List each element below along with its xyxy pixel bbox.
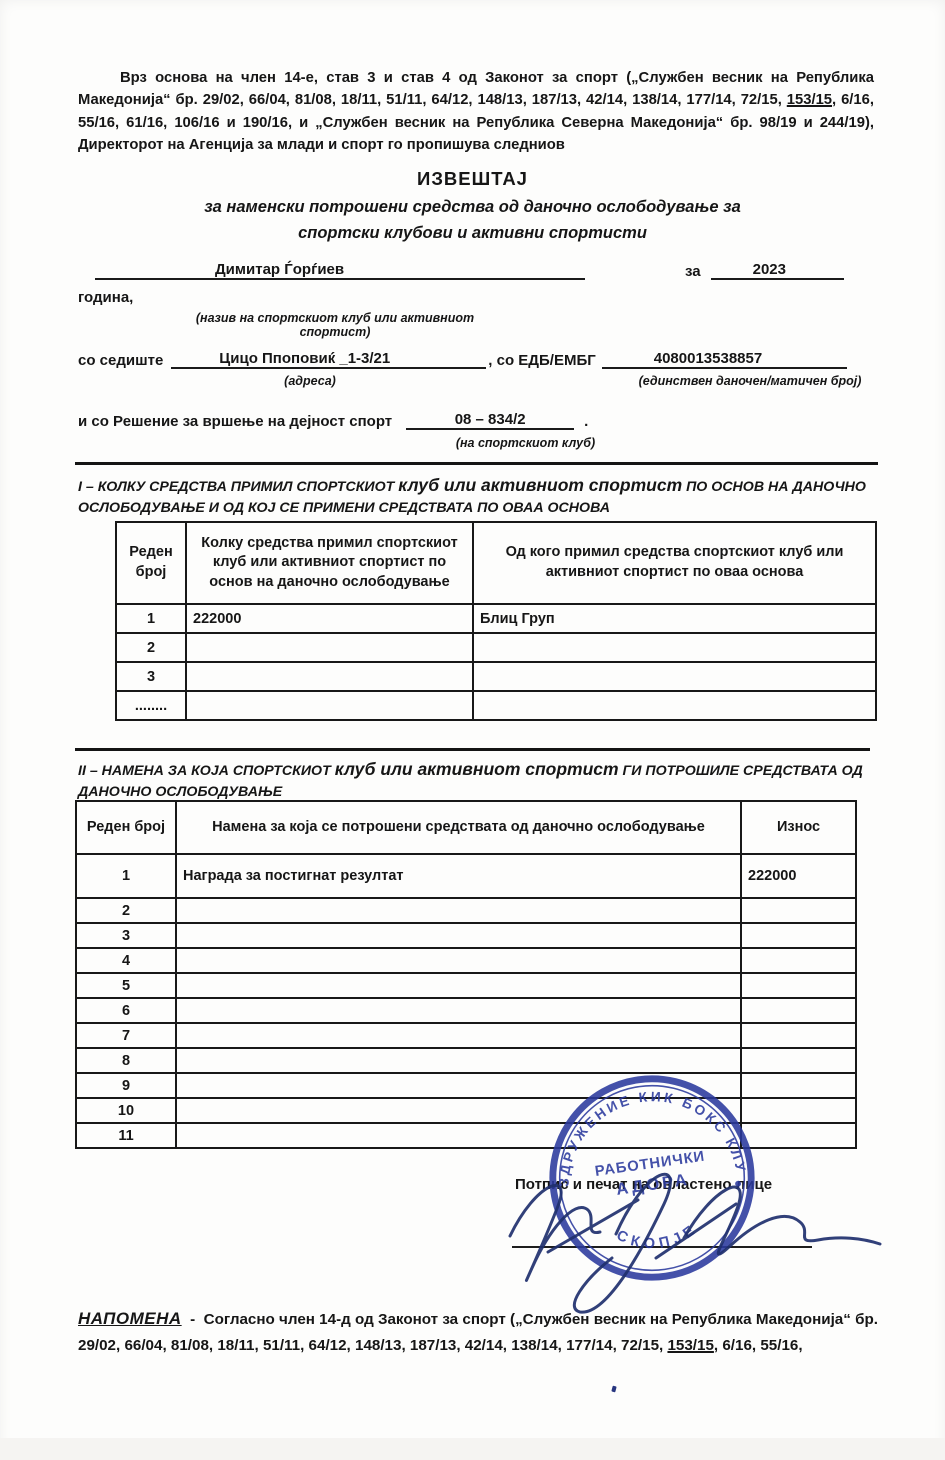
note-part2: , 6/16, 55/16, bbox=[714, 1337, 803, 1354]
seat-edb-line: со седиште Цицо Ппоповиќ _1-3/21 , со ЕД… bbox=[78, 350, 847, 369]
decision-label: и со Решение за вршење на дејност спорт bbox=[78, 413, 392, 430]
amount-cell bbox=[186, 662, 473, 691]
legal-basis-underlined-ref: 153/15 bbox=[787, 92, 832, 108]
section-2-prefix: II – НАМЕНА ЗА КОЈА СПОРТСКИОТ bbox=[78, 763, 335, 779]
note-label: НАПОМЕНА bbox=[78, 1309, 182, 1328]
report-subtitle-line2: спортски клубови и активни спортисти bbox=[0, 220, 945, 246]
legal-basis-part1: Врз основа на член 14-е, став 3 и став 4… bbox=[78, 70, 874, 108]
report-subtitle: за наменски потрошени средства од даночн… bbox=[0, 194, 945, 247]
row-number-cell: 1 bbox=[116, 604, 186, 633]
row-number-cell: 8 bbox=[76, 1048, 176, 1073]
row-number-cell: 1 bbox=[76, 854, 176, 898]
received-funds-table: Реден број Колку средства примил спортск… bbox=[115, 521, 877, 721]
amount-cell: 222000 bbox=[741, 854, 856, 898]
section-1-heading: I – КОЛКУ СРЕДСТВА ПРИМИЛ СПОРТСКИОТ клу… bbox=[78, 473, 878, 519]
seat-label: со седиште bbox=[78, 352, 163, 369]
section-1-emphasis: клуб или активниот спортист bbox=[398, 475, 682, 495]
edb-field: 4080013538857 bbox=[602, 350, 847, 369]
report-title: ИЗВЕШТАЈ bbox=[0, 168, 945, 190]
row-number-cell: 3 bbox=[116, 662, 186, 691]
row-number-cell: 4 bbox=[76, 948, 176, 973]
section-1-prefix: I – КОЛКУ СРЕДСТВА ПРИМИЛ СПОРТСКИОТ bbox=[78, 479, 398, 495]
decision-period: . bbox=[584, 413, 588, 430]
table-row: 7 bbox=[76, 1023, 856, 1048]
edb-label: , со ЕДБ/ЕМБГ bbox=[488, 352, 595, 369]
legal-basis-paragraph: Врз основа на член 14-е, став 3 и став 4… bbox=[78, 67, 874, 157]
scanned-form-page: Врз основа на член 14-е, став 3 и став 4… bbox=[0, 0, 945, 1460]
decision-line: и со Решение за вршење на дејност спорт … bbox=[78, 411, 588, 430]
decision-caption: (на спортскиот клуб) bbox=[438, 436, 613, 450]
table-row: 1 Награда за постигнат резултат 222000 bbox=[76, 854, 856, 898]
report-title-block: ИЗВЕШТАЈ за наменски потрошени средства … bbox=[0, 168, 945, 247]
purpose-cell bbox=[176, 1023, 741, 1048]
club-name-year-line: Димитар Ѓорѓиев за 2023 bbox=[95, 261, 844, 280]
amount-cell bbox=[186, 691, 473, 720]
amount-cell: 222000 bbox=[186, 604, 473, 633]
row-number-cell: ........ bbox=[116, 691, 186, 720]
report-subtitle-line1: за наменски потрошени средства од даночн… bbox=[0, 194, 945, 220]
column-header: Реден број bbox=[76, 801, 176, 854]
table-row: 3 bbox=[116, 662, 876, 691]
amount-cell bbox=[186, 633, 473, 662]
note-dash: - bbox=[190, 1311, 195, 1328]
table-row: 4 bbox=[76, 948, 856, 973]
year-field: 2023 bbox=[711, 261, 844, 280]
row-number-cell: 9 bbox=[76, 1073, 176, 1098]
table-row: 3 bbox=[76, 923, 856, 948]
stray-ink-mark bbox=[611, 1386, 616, 1393]
purpose-cell bbox=[176, 923, 741, 948]
amount-cell bbox=[741, 998, 856, 1023]
source-cell bbox=[473, 662, 876, 691]
table-row: 2 bbox=[116, 633, 876, 662]
row-number-cell: 3 bbox=[76, 923, 176, 948]
purpose-cell bbox=[176, 898, 741, 923]
table-row: 2 bbox=[76, 898, 856, 923]
address-field: Цицо Ппоповиќ _1-3/21 bbox=[171, 350, 486, 369]
spending-header-row: Реден број Намена за која се потрошени с… bbox=[76, 801, 856, 854]
club-name-field: Димитар Ѓорѓиев bbox=[95, 261, 585, 280]
section-2-emphasis: клуб или активниот спортист bbox=[335, 759, 619, 779]
club-name-caption: (назив на спортскиот клуб или активниот … bbox=[170, 311, 500, 339]
edb-caption: (единствен даночен/матичен број) bbox=[620, 374, 880, 388]
row-number-cell: 11 bbox=[76, 1123, 176, 1148]
for-label: за bbox=[685, 263, 701, 280]
amount-cell bbox=[741, 898, 856, 923]
table-row: 1 222000 Блиц Груп bbox=[116, 604, 876, 633]
purpose-cell bbox=[176, 973, 741, 998]
amount-cell bbox=[741, 973, 856, 998]
source-cell: Блиц Груп bbox=[473, 604, 876, 633]
column-header: Износ bbox=[741, 801, 856, 854]
amount-cell bbox=[741, 923, 856, 948]
note-paragraph: НАПОМЕНА - Согласно член 14-д од Законот… bbox=[78, 1305, 878, 1358]
row-number-cell: 2 bbox=[76, 898, 176, 923]
row-number-cell: 6 bbox=[76, 998, 176, 1023]
section-2-heading: II – НАМЕНА ЗА КОЈА СПОРТСКИОТ клуб или … bbox=[78, 757, 878, 803]
amount-cell bbox=[741, 948, 856, 973]
column-header: Намена за која се потрошени средствата о… bbox=[176, 801, 741, 854]
purpose-cell bbox=[176, 948, 741, 973]
source-cell bbox=[473, 633, 876, 662]
row-number-cell: 2 bbox=[116, 633, 186, 662]
row-number-cell: 10 bbox=[76, 1098, 176, 1123]
row-number-cell: 7 bbox=[76, 1023, 176, 1048]
note-underlined-ref: 153/15 bbox=[667, 1337, 713, 1354]
column-header: Колку средства примил спортскиот клуб ил… bbox=[186, 522, 473, 604]
decision-number-field: 08 – 834/2 bbox=[406, 411, 574, 430]
table-row: 5 bbox=[76, 973, 856, 998]
column-header: Од кого примил средства спортскиот клуб … bbox=[473, 522, 876, 604]
section-1-divider bbox=[75, 462, 878, 465]
amount-cell bbox=[741, 1023, 856, 1048]
address-caption: (адреса) bbox=[230, 374, 390, 388]
column-header: Реден број bbox=[116, 522, 186, 604]
scan-edge bbox=[0, 1438, 945, 1460]
purpose-cell bbox=[176, 998, 741, 1023]
year-suffix-label: година, bbox=[78, 289, 133, 306]
table-row: ........ bbox=[116, 691, 876, 720]
table-row: 6 bbox=[76, 998, 856, 1023]
section-2-divider bbox=[75, 748, 870, 751]
received-funds-header-row: Реден број Колку средства примил спортск… bbox=[116, 522, 876, 604]
purpose-cell: Награда за постигнат резултат bbox=[176, 854, 741, 898]
row-number-cell: 5 bbox=[76, 973, 176, 998]
source-cell bbox=[473, 691, 876, 720]
signature-scribble bbox=[488, 1140, 898, 1320]
